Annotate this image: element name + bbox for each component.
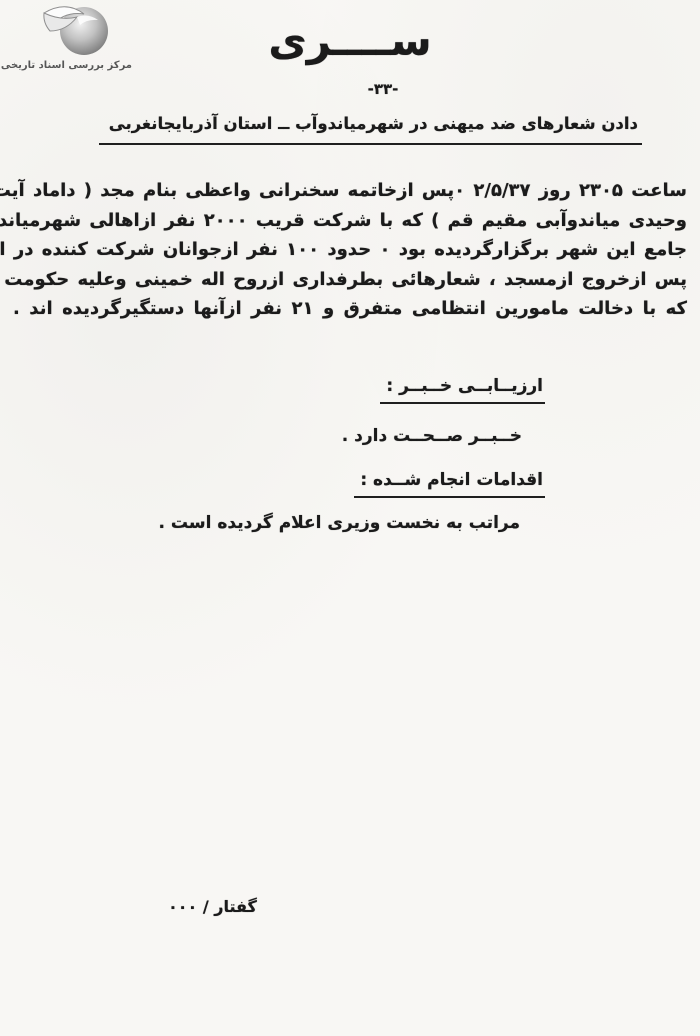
evaluation-label: ارزیــابــی خــبــر : [380, 376, 545, 404]
body-line: که با دخالت مامورین انتظامی متفرق و ۲۱ ن… [13, 294, 687, 324]
page-number: -۳۳- [340, 80, 426, 98]
scanned-document-page: مرکز بررسی اسناد تاریخی ســــری -۳۳- داد… [0, 0, 700, 1036]
subject-line: دادن شعارهای ضد میهنی در شهرمیاندوآب ــ … [99, 112, 642, 145]
body-line: وحیدی میاندوآبی مقیم قم ) که با شرکت قری… [13, 206, 687, 236]
body-line: جامع این شهر برگزارگردیده بود ٠ حدود ۱۰۰… [13, 235, 687, 265]
footer-note: گفتار / ۰۰۰ [168, 897, 257, 916]
body-line: پس ازخروج ازمسجد ، شعارهائی بطرفداری ازر… [13, 265, 687, 295]
actions-taken-value: مراتب به نخست وزیری اعلام گردیده است . [159, 513, 520, 533]
body-line: ساعت ۲۳۰۵ روز ۲/۵/۳۷ ٠پس ازخاتمه سخنرانی… [13, 176, 687, 206]
classification-stamp: ســــری [0, 18, 700, 64]
actions-taken-label: اقدامات انجام شــده : [354, 470, 545, 498]
evaluation-value: خــبــر صــحــت دارد . [342, 426, 522, 446]
report-body: ساعت ۲۳۰۵ روز ۲/۵/۳۷ ٠پس ازخاتمه سخنرانی… [13, 176, 687, 324]
